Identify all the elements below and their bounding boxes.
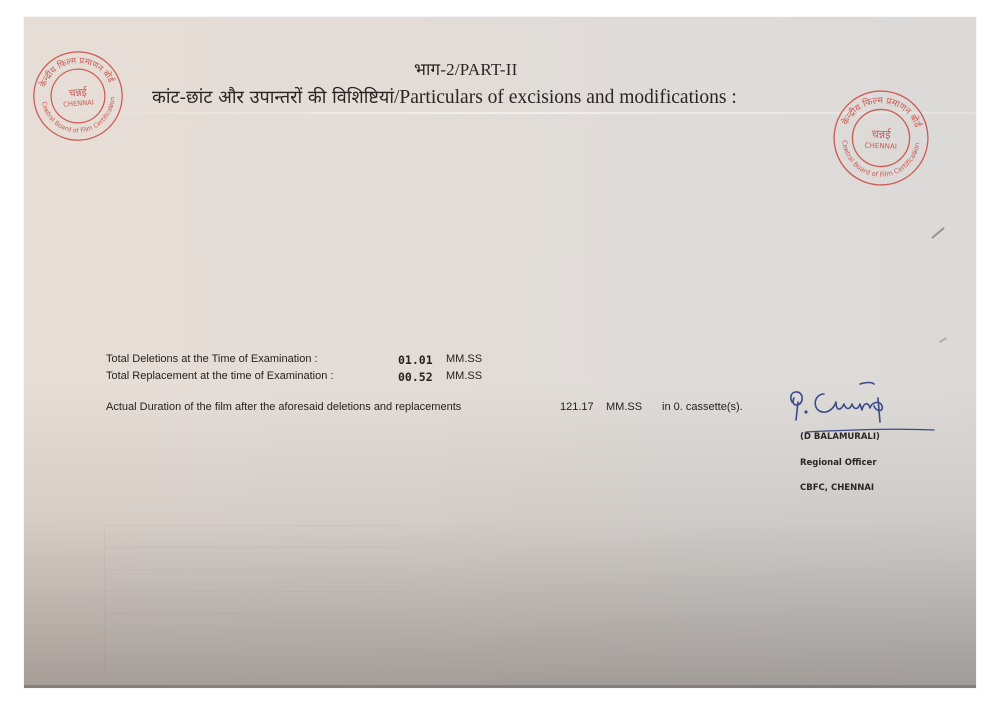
seal-icon: केन्द्रीय फिल्म प्रमाणन बोर्ड Central Bo… — [27, 45, 129, 147]
total-replacement-unit: MM.SS — [446, 370, 482, 382]
section-title: कांट-छांट और उपान्तरों की विशिष्टियां/Pa… — [152, 85, 737, 109]
section-title-english: /Particulars of excisions and modificati… — [394, 87, 737, 108]
total-replacement-row: Total Replacement at the time of Examina… — [106, 370, 506, 386]
officer-designation: Regional Officer — [800, 458, 877, 468]
officer-name: (D BALAMURALI) — [800, 432, 880, 442]
svg-text:केन्द्रीय फिल्म प्रमाणन बोर्ड: केन्द्रीय फिल्म प्रमाणन बोर्ड — [839, 94, 925, 131]
svg-text:CHENNAI: CHENNAI — [63, 99, 94, 109]
total-replacement-label: Total Replacement at the time of Examina… — [106, 370, 333, 382]
cbfc-chennai-stamp-left: केन्द्रीय फिल्म प्रमाणन बोर्ड Central Bo… — [27, 45, 129, 147]
total-deletions-label: Total Deletions at the Time of Examinati… — [106, 353, 318, 365]
svg-text:*: * — [44, 110, 47, 116]
show-through-table — [104, 525, 404, 675]
actual-duration-value: 121.17 — [560, 401, 594, 413]
certificate-page: केन्द्रीय फिल्म प्रमाणन बोर्ड Central Bo… — [24, 17, 976, 688]
total-deletions-row: Total Deletions at the Time of Examinati… — [106, 353, 506, 369]
svg-text:*: * — [914, 150, 917, 157]
actual-duration-label: Actual Duration of the film after the af… — [106, 401, 461, 413]
total-replacement-value: 00.52 — [398, 370, 433, 384]
paper-bottom-edge — [24, 685, 976, 688]
cassette-count: in 0. cassette(s). — [662, 401, 743, 413]
officer-signature — [776, 380, 936, 440]
section-title-hindi: कांट-छांट और उपान्तरों की विशिष्टियां — [152, 87, 394, 108]
signature-icon — [776, 380, 936, 440]
paper-mark — [939, 337, 947, 343]
actual-duration-row: Actual Duration of the film after the af… — [106, 401, 786, 417]
svg-text:*: * — [110, 105, 113, 111]
svg-text:CHENNAI: CHENNAI — [864, 141, 897, 151]
seal-icon: केन्द्रीय फिल्म प्रमाणन बोर्ड Central Bo… — [828, 85, 933, 190]
total-deletions-unit: MM.SS — [446, 353, 482, 365]
officer-office: CBFC, CHENNAI — [800, 483, 874, 493]
actual-duration-unit: MM.SS — [606, 401, 642, 413]
svg-text:चन्नई: चन्नई — [871, 127, 892, 142]
total-deletions-value: 01.01 — [398, 353, 433, 367]
paper-mark — [931, 227, 945, 239]
svg-text:*: * — [844, 148, 847, 155]
cbfc-chennai-stamp-right: केन्द्रीय फिल्म प्रमाणन बोर्ड Central Bo… — [828, 85, 933, 190]
part-heading: भाग-2/PART-II — [414, 57, 518, 80]
svg-text:चन्नई: चन्नई — [68, 85, 88, 99]
svg-text:केन्द्रीय फिल्म प्रमाणन बोर्ड: केन्द्रीय फिल्म प्रमाणन बोर्ड — [36, 54, 117, 91]
